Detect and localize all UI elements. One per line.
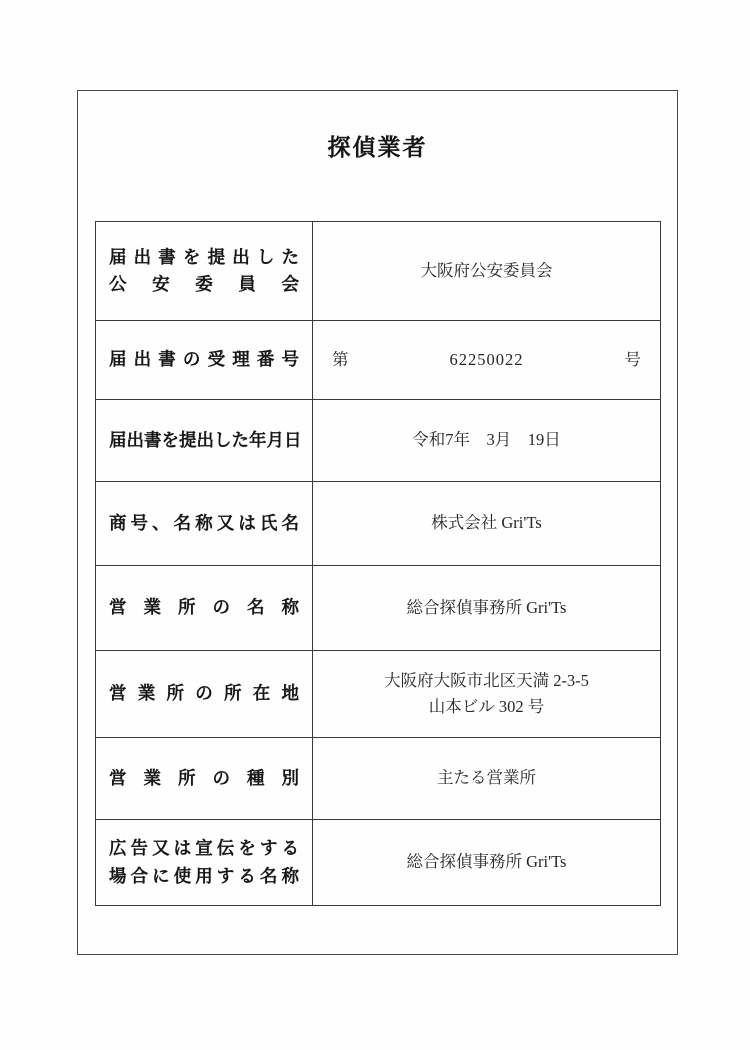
document-frame: 探偵業者 届出書を提出した 公安委員会 大阪府公安委員会 届出書の受理番号 第 [77, 90, 678, 955]
row-label: 商号、名称又は氏名 [96, 482, 313, 565]
row-value-text: 株式会社 Gri'Ts [431, 510, 541, 536]
row-value-text: 総合探偵事務所 Gri'Ts [407, 849, 567, 875]
row-label-line1: 届出書を提出した [109, 244, 299, 271]
row-label: 営業所の名称 [96, 566, 313, 650]
registration-table: 届出書を提出した 公安委員会 大阪府公安委員会 届出書の受理番号 第 62250… [95, 221, 661, 906]
row-label-line2: 公安委員会 [109, 271, 299, 298]
row-label-line1: 営業所の所在地 [109, 680, 299, 707]
row-value-line2: 山本ビル 302 号 [429, 694, 545, 720]
row-label-line1: 届出書の受理番号 [109, 346, 299, 373]
row-label: 広告又は宣伝をする 場合に使用する名称 [96, 820, 313, 905]
document-title: 探偵業者 [78, 129, 677, 162]
row-label-line2: 場合に使用する名称 [109, 863, 299, 890]
row-label-line1: 営業所の種別 [109, 765, 299, 792]
table-row-advertising-name: 広告又は宣伝をする 場合に使用する名称 総合探偵事務所 Gri'Ts [96, 820, 660, 905]
scanned-document-page: 探偵業者 届出書を提出した 公安委員会 大阪府公安委員会 届出書の受理番号 第 [0, 0, 750, 1050]
row-value: 総合探偵事務所 Gri'Ts [313, 566, 660, 650]
receipt-number-value: 62250022 [450, 347, 524, 373]
row-value-text: 主たる営業所 [437, 765, 536, 791]
row-label: 営業所の種別 [96, 738, 313, 819]
receipt-number-suffix: 号 [625, 347, 642, 373]
row-value: 大阪府公安委員会 [313, 222, 660, 320]
row-label: 届出書の受理番号 [96, 321, 313, 399]
table-row-public-safety-commission: 届出書を提出した 公安委員会 大阪府公安委員会 [96, 222, 660, 321]
table-row-office-address: 営業所の所在地 大阪府大阪市北区天満 2-3-5 山本ビル 302 号 [96, 651, 660, 738]
table-row-office-type: 営業所の種別 主たる営業所 [96, 738, 660, 820]
receipt-number-prefix: 第 [332, 347, 349, 373]
row-label: 営業所の所在地 [96, 651, 313, 737]
table-row-submission-date: 届出書を提出した年月日 令和7年 3月 19日 [96, 400, 660, 482]
row-value: 第 62250022 号 [313, 321, 660, 399]
table-row-office-name: 営業所の名称 総合探偵事務所 Gri'Ts [96, 566, 660, 651]
row-label-line1: 商号、名称又は氏名 [109, 510, 299, 537]
row-value: 主たる営業所 [313, 738, 660, 819]
row-label-line1: 広告又は宣伝をする [109, 835, 299, 862]
row-value-line1: 大阪府大阪市北区天満 2-3-5 [384, 668, 589, 694]
row-label-line1: 届出書を提出した年月日 [109, 427, 299, 454]
row-value-text: 令和7年 3月 19日 [412, 427, 561, 453]
row-value-text: 大阪府公安委員会 [421, 258, 553, 284]
row-value: 総合探偵事務所 Gri'Ts [313, 820, 660, 905]
row-label-line1: 営業所の名称 [109, 594, 299, 621]
row-value: 大阪府大阪市北区天満 2-3-5 山本ビル 302 号 [313, 651, 660, 737]
row-label: 届出書を提出した 公安委員会 [96, 222, 313, 320]
table-row-trade-name: 商号、名称又は氏名 株式会社 Gri'Ts [96, 482, 660, 566]
table-row-receipt-number: 届出書の受理番号 第 62250022 号 [96, 321, 660, 400]
row-value: 株式会社 Gri'Ts [313, 482, 660, 565]
row-value: 令和7年 3月 19日 [313, 400, 660, 481]
row-value-text: 総合探偵事務所 Gri'Ts [407, 595, 567, 621]
row-label: 届出書を提出した年月日 [96, 400, 313, 481]
